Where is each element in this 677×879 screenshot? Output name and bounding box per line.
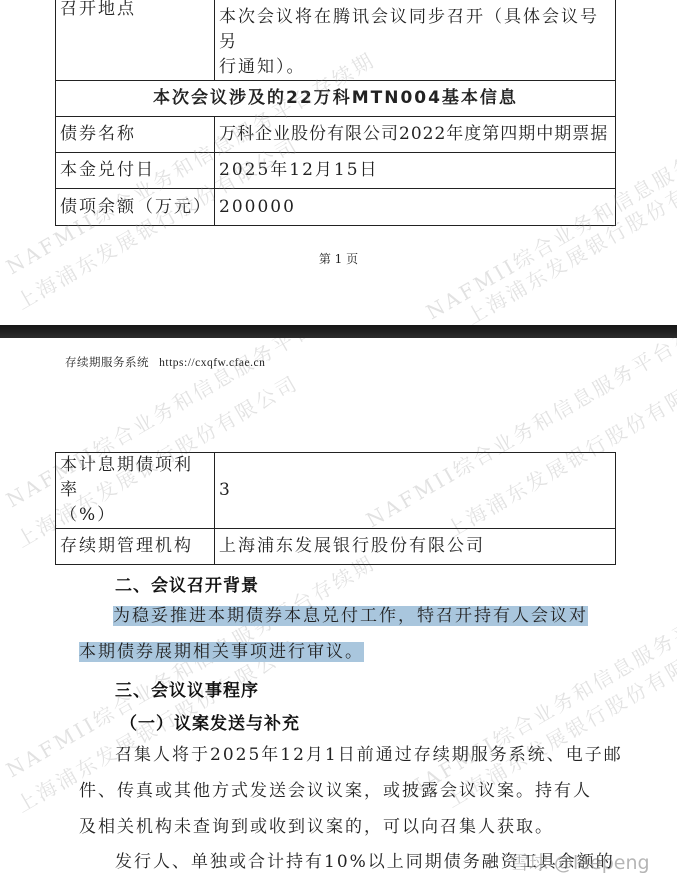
meeting-info-table: 召开地点 本次会议将在腾讯会议同步召开（具体会议号另 行通知）。 本次会议涉及的… xyxy=(55,0,616,226)
balance-label: 债项余额（万元） xyxy=(56,189,215,226)
maturity-date-label: 本金兑付日 xyxy=(56,153,215,189)
venue-row: 召开地点 本次会议将在腾讯会议同步召开（具体会议号另 行通知）。 xyxy=(56,0,616,81)
interest-rate-value: 3 xyxy=(215,453,616,529)
table-row: 本金兑付日 2025年12月15日 xyxy=(56,153,616,189)
interest-rate-label-line1: 本计息期债项利率 xyxy=(60,453,210,503)
manager-value: 上海浦东发展银行股份有限公司 xyxy=(215,529,616,565)
system-name: 存续期服务系统 xyxy=(65,355,149,369)
manager-label: 存续期管理机构 xyxy=(56,529,215,565)
section-heading-background: 二、会议召开背景 xyxy=(115,571,259,596)
page-number: 第 1 页 xyxy=(0,250,677,267)
table-row: 债券名称 万科企业股份有限公司2022年度第四期中期票据 xyxy=(56,117,616,153)
bond-name-value: 万科企业股份有限公司2022年度第四期中期票据 xyxy=(215,117,616,153)
page-header: 存续期服务系统 https://cxqfw.cfae.cn xyxy=(65,354,265,370)
table-row: 存续期管理机构 上海浦东发展银行股份有限公司 xyxy=(56,529,616,565)
source-watermark: 雪球 @leepeng xyxy=(510,848,650,875)
interest-rate-label: 本计息期债项利率 （%） xyxy=(56,453,215,529)
section-title: 本次会议涉及的22万科MTN004基本信息 xyxy=(56,81,616,117)
venue-value-line1: 本次会议将在腾讯会议同步召开（具体会议号另 xyxy=(219,5,611,55)
system-url: https://cxqfw.cfae.cn xyxy=(159,357,265,369)
venue-value-line2: 行通知）。 xyxy=(219,55,611,80)
document-page-1: 召开地点 本次会议将在腾讯会议同步召开（具体会议号另 行通知）。 本次会议涉及的… xyxy=(0,0,677,325)
maturity-date-value: 2025年12月15日 xyxy=(215,153,616,189)
proposal-paragraph-line1: 召集人将于2025年12月1日前通过存续期服务系统、电子邮 xyxy=(115,743,623,768)
proposal-paragraph-line2: 件、传真或其他方式发送会议议案，或披露会议议案。持有人 xyxy=(79,779,592,804)
bond-name-label: 债券名称 xyxy=(56,117,215,153)
management-info-table: 本计息期债项利率 （%） 3 存续期管理机构 上海浦东发展银行股份有限公司 xyxy=(55,452,616,565)
venue-value: 本次会议将在腾讯会议同步召开（具体会议号另 行通知）。 xyxy=(215,0,616,81)
background-paragraph-line2: 本期债券展期相关事项进行审议。 xyxy=(79,640,364,665)
venue-label: 召开地点 xyxy=(56,0,215,81)
table-row: 债项余额（万元） 200000 xyxy=(56,189,616,226)
background-paragraph-line1: 为稳妥推进本期债券本息兑付工作，特召开持有人会议对 xyxy=(113,604,588,629)
section-heading-procedure: 三、会议议事程序 xyxy=(115,676,259,701)
proposal-paragraph-line3: 及相关机构未查询到或收到议案的，可以向召集人获取。 xyxy=(79,815,554,840)
page-separator xyxy=(0,325,677,338)
subsection-heading-proposal: （一）议案发送与补充 xyxy=(120,709,300,734)
table-row: 本计息期债项利率 （%） 3 xyxy=(56,453,616,529)
section-title-row: 本次会议涉及的22万科MTN004基本信息 xyxy=(56,81,616,117)
balance-value: 200000 xyxy=(215,189,616,226)
document-page-2: 存续期服务系统 https://cxqfw.cfae.cn NAFMII综合业务… xyxy=(0,338,677,879)
interest-rate-label-line2: （%） xyxy=(60,503,210,528)
